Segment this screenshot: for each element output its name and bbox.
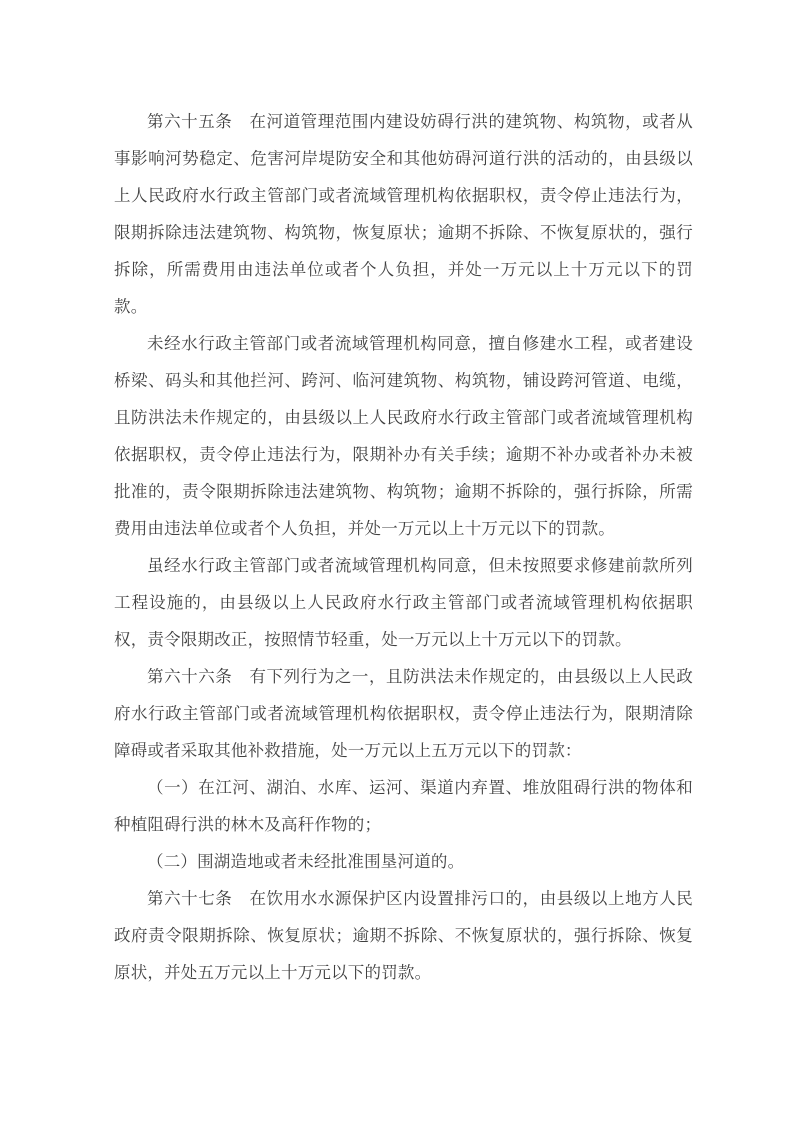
article-66-item-1: （一）在江河、湖泊、水库、运河、渠道内弃置、堆放阻碍行洪的物体和种植阻碍行洪的林… (114, 769, 693, 843)
article-65-paragraph-2: 未经水行政主管部门或者流域管理机构同意，擅自修建水工程，或者建设桥梁、码头和其他… (114, 325, 693, 547)
article-65-paragraph-3: 虽经水行政主管部门或者流域管理机构同意，但未按照要求修建前款所列工程设施的，由县… (114, 547, 693, 658)
article-67-paragraph: 第六十七条 在饮用水水源保护区内设置排污口的，由县级以上地方人民政府责令限期拆除… (114, 880, 693, 991)
document-content: 第六十五条 在河道管理范围内建设妨碍行洪的建筑物、构筑物，或者从事影响河势稳定、… (114, 103, 693, 991)
article-65-paragraph-1: 第六十五条 在河道管理范围内建设妨碍行洪的建筑物、构筑物，或者从事影响河势稳定、… (114, 103, 693, 325)
document-page: 第六十五条 在河道管理范围内建设妨碍行洪的建筑物、构筑物，或者从事影响河势稳定、… (0, 0, 793, 1122)
article-66-intro: 第六十六条 有下列行为之一，且防洪法未作规定的，由县级以上人民政府水行政主管部门… (114, 658, 693, 769)
article-66-item-2: （二）围湖造地或者未经批准围垦河道的。 (114, 843, 693, 880)
